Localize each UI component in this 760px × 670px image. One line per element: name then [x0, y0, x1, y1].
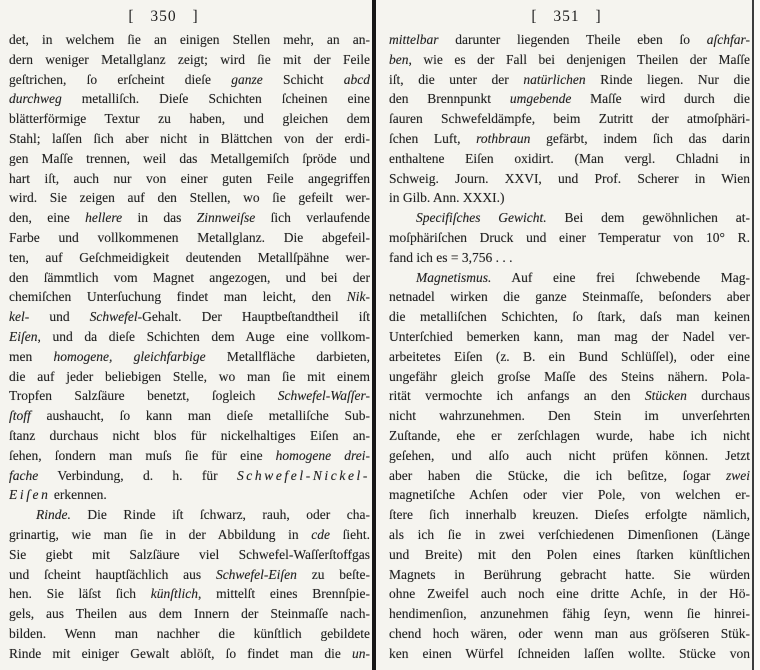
emphasized-text: hellere [85, 210, 122, 225]
body-text: dern weniger Metallglanz zeigt; wird ſie… [9, 52, 370, 67]
text-line: Rinde mit einiger Gewalt ablöſt, ſo find… [9, 644, 370, 664]
body-text: geſehen, und alſo auch nicht prüfen könn… [389, 448, 750, 463]
text-line: Eiſen erkennen. [9, 485, 370, 505]
body-text: chemiſchen Unterſuchung findet man leich… [9, 289, 347, 304]
body-text: magnetiſche Achſen oder vier Pole, von w… [389, 487, 750, 502]
text-line: den, eine hellere in das Zinnweiſse ſich… [9, 208, 370, 228]
body-text: Farbe und vollkommenen Metallglanz. Die … [9, 230, 370, 245]
emphasized-text: zwei [726, 468, 750, 483]
body-text: chend hoch wären, oder wenn man aus gröſ… [389, 626, 750, 641]
body-text: det, in welchem ſie an einigen Stellen m… [9, 32, 370, 47]
text-line: ken einen Würfel ſchneiden laſſen wollte… [389, 644, 750, 664]
emphasized-text: umgebende [510, 91, 571, 106]
body-text: Stahl; laſſen ſich aber nicht in Blättch… [9, 131, 370, 146]
emphasized-text: Schwefel-Eiſen [216, 567, 297, 582]
text-line: enthaltene Eiſen oxidirt. (Man vergl. Ch… [389, 149, 750, 169]
text-line: Rinde. Die Rinde iſt ſchwarz, rauh, oder… [9, 505, 370, 525]
body-text: Zuſtande, ehe er zerſchlagen wurde, habe… [389, 428, 750, 443]
body-text: und ſcheint hauptſächlich aus [9, 567, 216, 582]
text-line: Tropfen Salzſäure benetzt, ſogleich Schw… [9, 386, 370, 406]
text-line: nicht wahrzunehmen. Den Stein im unverſe… [389, 406, 750, 426]
body-text: ſauren Schwefeldämpfe, beim Zutritt der … [389, 111, 750, 126]
body-text: hart iſt, auch nur von einer guten Feile… [9, 171, 370, 186]
text-line: ſauren Schwefeldämpfe, beim Zutritt der … [389, 109, 750, 129]
text-line: mittelbar darunter liegenden Theile eben… [389, 30, 750, 50]
text-line: hendimenſion, anzunehmen fähig ſeyn, wen… [389, 604, 750, 624]
page-number-header-350: [ 350 ] [0, 3, 344, 30]
body-text: arbeitetes Eiſen (z. B. ein Bund Schlüſſ… [389, 349, 750, 364]
page-edge-margin [754, 0, 760, 670]
page-351-column: [ 351 ] mittelbar darunter liegenden The… [389, 3, 750, 664]
emphasized-text: Rinde. [36, 507, 71, 522]
body-text: ſchen Luft, [389, 131, 476, 146]
emphasized-text: homogene, gleichfarbige [54, 349, 206, 364]
body-text: hendimenſion, anzunehmen fähig ſeyn, wen… [389, 606, 750, 621]
body-text: ken einen Würfel ſchneiden laſſen wollte… [389, 646, 750, 661]
emphasized-text: natürlichen [523, 72, 585, 87]
text-line: und Breite) mit den Polen eines ſtarken … [389, 545, 750, 565]
text-line: magnetiſche Achſen oder vier Pole, von w… [389, 485, 750, 505]
emphasized-text: Schwefel [90, 309, 138, 324]
body-text: den, eine [9, 210, 85, 225]
text-line: kel- und Schwefel-Gehalt. Der Hauptbeſta… [9, 307, 370, 327]
text-line: Stahl; laſſen ſich aber nicht in Blättch… [9, 129, 370, 149]
text-line: moſphäriſchen Druck und einer Temperatur… [389, 228, 750, 248]
emphasized-text: Schwefel-Nickel- [237, 468, 370, 483]
emphasized-text: Nik- [347, 289, 370, 304]
emphasized-text: Magnetismus. [416, 270, 491, 285]
emphasized-text: un- [352, 646, 370, 661]
body-text: Tropfen Salzſäure benetzt, ſogleich [9, 388, 278, 403]
text-line: netnadel wirken die ganze Steinmaſſe, be… [389, 287, 750, 307]
body-text: und Breite) mit den Polen eines ſtarken … [389, 547, 750, 562]
text-line: ungefähr gleich groſse Maſſe des Steins … [389, 367, 750, 387]
emphasized-text: kel- [9, 309, 29, 324]
page-350-text-block: det, in welchem ſie an einigen Stellen m… [9, 30, 370, 664]
emphasized-text: rothbraun [476, 131, 530, 146]
body-text: grinartig, wie man ſie in der Abbildung … [9, 527, 311, 542]
body-text: Auf eine frei ſchwebende Mag- [491, 270, 750, 285]
text-line: Magnets in Berührung gebracht hatte. Sie… [389, 565, 750, 585]
body-text: ungefähr gleich groſse Maſſe des Steins … [389, 369, 750, 384]
text-line: gen Maſſe trennen, weil das Metallgemiſc… [9, 149, 370, 169]
text-line: die metalliſchen Schichten, ſo ſtark, da… [389, 307, 750, 327]
text-line: ſehen, ſondern man muſs ſie für eine hom… [9, 446, 370, 466]
text-line: fache Verbindung, d. h. für Schwefel-Nic… [9, 466, 370, 486]
body-text: in Gilb. Ann. XXXI.) [389, 190, 505, 205]
text-line: det, in welchem ſie an einigen Stellen m… [9, 30, 370, 50]
emphasized-text: künſtlich [151, 586, 198, 601]
body-text: Bei dem gewöhnlichen at- [547, 210, 750, 225]
body-text: aushaucht, ſo kann man dieſe metalliſche… [31, 408, 370, 423]
text-line: aber haben die Stücke, die ich beſitze, … [389, 466, 750, 486]
emphasized-text: Schwefel-Waſſer- [278, 388, 370, 403]
emphasized-text: aſchfar- [707, 32, 750, 47]
text-line: men homogene, gleichfarbige Metallfläche… [9, 347, 370, 367]
body-text: metalliſch. Dieſe Schichten ſcheinen ein… [62, 91, 370, 106]
body-text: gels, aus Theilen aus dem Innern der Ste… [9, 606, 370, 621]
body-text: durchaus [687, 388, 750, 403]
text-line: iſt, die unter der natürlichen Rinde lie… [389, 70, 750, 90]
text-line: Sie giebt mit Salzſäure viel Schwefel-Wa… [9, 545, 370, 565]
text-line: Zuſtande, ehe er zerſchlagen wurde, habe… [389, 426, 750, 446]
body-text: aber haben die Stücke, die ich beſitze, … [389, 468, 726, 483]
emphasized-text: ben [389, 52, 409, 67]
emphasized-text: ſtoff [9, 408, 31, 423]
emphasized-text: Eiſen [9, 329, 38, 344]
page-351-text-block: mittelbar darunter liegenden Theile eben… [389, 30, 750, 664]
body-text: gen Maſſe trennen, weil das Metallgemiſc… [9, 151, 370, 166]
body-text: ſieht. [330, 527, 370, 542]
text-line: gels, aus Theilen aus dem Innern der Ste… [9, 604, 370, 624]
emphasized-text: Eiſen [9, 487, 51, 502]
text-line: grinartig, wie man ſie in der Abbildung … [9, 525, 370, 545]
body-text: ſehen, ſondern man muſs ſie für eine [9, 448, 276, 463]
text-line: ten, auf Geſchmeidigkeit deutenden Metal… [9, 248, 370, 268]
body-text: iſt, die unter der [389, 72, 523, 87]
body-text: ten, auf Geſchmeidigkeit deutenden Metal… [9, 250, 370, 265]
text-line: Unterſchied bemerken kann, man mag der N… [389, 327, 750, 347]
body-text: , mittelſt eines Brennſpie- [198, 586, 370, 601]
text-line: ſchen Luft, rothbraun gefärbt, indem ſic… [389, 129, 750, 149]
body-text: Schicht [263, 72, 344, 87]
text-line: hart iſt, auch nur von einer guten Feile… [9, 169, 370, 189]
emphasized-text: mittelbar [389, 32, 439, 47]
text-line: Farbe und vollkommenen Metallglanz. Die … [9, 228, 370, 248]
emphasized-text: ganze [231, 72, 263, 87]
body-text: den ſämmtlich vom Magnet angezogen, und … [9, 270, 370, 285]
body-text: den Brennpunkt [389, 91, 510, 106]
text-line: den Brennpunkt umgebende Maſſe wird durc… [389, 89, 750, 109]
body-text: als ich ſie in zwei verſchiedenen Dimenſ… [389, 527, 750, 542]
emphasized-text: Zinnweiſse [197, 210, 256, 225]
emphasized-text: durchweg [9, 91, 62, 106]
page-350-column: [ 350 ] det, in welchem ſie an einigen S… [9, 3, 370, 664]
body-text: Verbindung, d. h. für [38, 468, 237, 483]
body-text: wird. Sie zeigen auf den Stellen, wo ſie… [9, 190, 370, 205]
text-line: ohne Zweifel auch noch eine dritte Achſe… [389, 584, 750, 604]
text-line: hen. Sie läſst ſich künſtlich, mittelſt … [9, 584, 370, 604]
body-text: ſtere ſich innerhalb kreuzen. Dieſes erf… [389, 507, 750, 522]
text-line: Eiſen, und da dieſe Schichten dem Auge e… [9, 327, 370, 347]
text-line: durchweg metalliſch. Dieſe Schichten ſch… [9, 89, 370, 109]
body-text: die metalliſchen Schichten, ſo ſtark, da… [389, 309, 750, 324]
body-text: -Gehalt. Der Hauptbeſtandtheil iſt [138, 309, 370, 324]
text-line: ſtanz durchaus nicht blos für nickelhalt… [9, 426, 370, 446]
text-line: bilden. Wenn man nachher die künſtlich g… [9, 624, 370, 644]
body-text: bilden. Wenn man nachher die künſtlich g… [9, 626, 370, 641]
body-text: ſich verlaufende [255, 210, 370, 225]
text-line: Schweig. Journ. XXVI, und Prof. Scherer … [389, 169, 750, 189]
body-text: ohne Zweifel auch noch eine dritte Achſe… [389, 586, 750, 601]
body-text: in das [122, 210, 197, 225]
text-line: Specifiſches Gewicht. Bei dem gewöhnlich… [389, 208, 750, 228]
text-line: den ſämmtlich vom Magnet angezogen, und … [9, 268, 370, 288]
text-line: wird. Sie zeigen auf den Stellen, wo ſie… [9, 188, 370, 208]
text-line: als ich ſie in zwei verſchiedenen Dimenſ… [389, 525, 750, 545]
body-text: geſtrichen, ſo erſcheint dieſe [9, 72, 231, 87]
body-text: Sie giebt mit Salzſäure viel Schwefel-Wa… [9, 547, 370, 562]
body-text: Rinde mit einiger Gewalt ablöſt, ſo find… [9, 646, 352, 661]
body-text: gefärbt, indem ſich das darin [530, 131, 750, 146]
emphasized-text: abcd [344, 72, 370, 87]
text-line: dern weniger Metallglanz zeigt; wird ſie… [9, 50, 370, 70]
body-text: netnadel wirken die ganze Steinmaſſe, be… [389, 289, 750, 304]
emphasized-text: Stücken [645, 388, 687, 403]
emphasized-text: cde [311, 527, 330, 542]
body-text: ſtanz durchaus nicht blos für nickelhalt… [9, 428, 370, 443]
emphasized-text: fache [9, 468, 38, 483]
text-line: geſtrichen, ſo erſcheint dieſe ganze Sch… [9, 70, 370, 90]
body-text: Metallfläche darbieten, [206, 349, 370, 364]
column-divider-rule [372, 0, 376, 670]
body-text: blätterförmige Textur zu haben, und glei… [9, 111, 370, 126]
body-text: rität vermochte ich anfangs an den [389, 388, 645, 403]
body-text: enthaltene Eiſen oxidirt. (Man vergl. Ch… [389, 151, 750, 166]
text-line: Magnetismus. Auf eine frei ſchwebende Ma… [389, 268, 750, 288]
text-line: die auf jeder beliebigen Stelle, wo man … [9, 367, 370, 387]
emphasized-text: Specifiſches Gewicht. [416, 210, 547, 225]
text-line: blätterförmige Textur zu haben, und glei… [9, 109, 370, 129]
page-number-header-351: [ 351 ] [386, 3, 747, 30]
body-text: die auf jeder beliebigen Stelle, wo man … [9, 369, 370, 384]
text-line: fand ich es = 3,756 . . . [389, 248, 750, 268]
text-line: rität vermochte ich anfangs an den Stück… [389, 386, 750, 406]
text-line: und ſcheint hauptſächlich aus Schwefel-E… [9, 565, 370, 585]
text-line: arbeitetes Eiſen (z. B. ein Bund Schlüſſ… [389, 347, 750, 367]
body-text: darunter liegenden Theile eben ſo [439, 32, 707, 47]
body-text: fand ich es = 3,756 . . . [389, 250, 512, 265]
text-line: ben, wie es der Fall bei denjenigen Thei… [389, 50, 750, 70]
text-line: geſehen, und alſo auch nicht prüfen könn… [389, 446, 750, 466]
body-text: , wie es der Fall bei denjenigen Theilen… [409, 52, 751, 67]
body-text: Magnets in Berührung gebracht hatte. Sie… [389, 567, 750, 582]
text-line: in Gilb. Ann. XXXI.) [389, 188, 750, 208]
body-text: , und da dieſe Schichten dem Auge eine v… [38, 329, 371, 344]
body-text: men [9, 349, 54, 364]
body-text: moſphäriſchen Druck und einer Temperatur… [389, 230, 750, 245]
emphasized-text: homogene drei- [276, 448, 370, 463]
body-text: Unterſchied bemerken kann, man mag der N… [389, 329, 750, 344]
text-line: ſtoff aushaucht, ſo kann man dieſe metal… [9, 406, 370, 426]
body-text: Maſſe wird durch die [571, 91, 750, 106]
body-text: erkennen. [51, 487, 107, 502]
body-text: Die Rinde iſt ſchwarz, rauh, oder cha- [71, 507, 370, 522]
body-text: und [29, 309, 89, 324]
text-line: ſtere ſich innerhalb kreuzen. Dieſes erf… [389, 505, 750, 525]
body-text: Schweig. Journ. XXVI, und Prof. Scherer … [389, 171, 750, 186]
body-text: nicht wahrzunehmen. Den Stein im unverſe… [389, 408, 750, 423]
body-text: hen. Sie läſst ſich [9, 586, 151, 601]
body-text: Rinde liegen. Nur die [586, 72, 750, 87]
body-text: zu beſte- [297, 567, 370, 582]
text-line: chemiſchen Unterſuchung findet man leich… [9, 287, 370, 307]
text-line: chend hoch wären, oder wenn man aus gröſ… [389, 624, 750, 644]
